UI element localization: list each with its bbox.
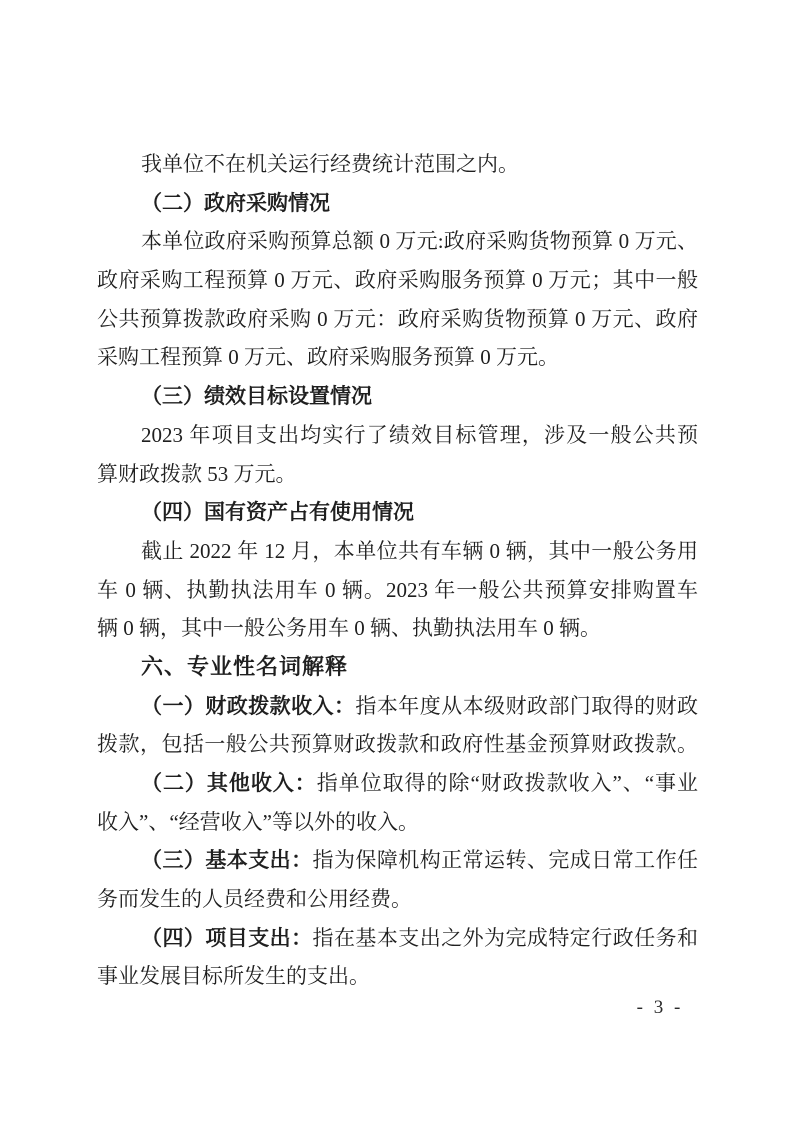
term-label: （四）项目支出： [141, 926, 313, 950]
term-label: （一）财政拨款收入： [141, 694, 355, 718]
term-label: （三）基本支出： [141, 848, 313, 872]
line-term-other-income-1: （二）其他收入：指单位取得的除“财政拨款收入”、“事业 [97, 764, 698, 803]
term-label: （二）其他收入： [141, 771, 317, 795]
line-term-project-expenditure-2: 事业发展目标所发生的支出。 [97, 957, 698, 996]
line-term-basic-expenditure-2: 务而发生的人员经费和公用经费。 [97, 880, 698, 919]
document-page: 我单位不在机关运行经费统计范围之内。（二）政府采购情况本单位政府采购预算总额 0… [0, 0, 793, 1122]
heading-government-procurement: （二）政府采购情况 [97, 184, 698, 223]
line-assets-1: 截止 2022 年 12 月，本单位共有车辆 0 辆，其中一般公务用 [97, 532, 698, 571]
line-term-fiscal-income-2: 拨款，包括一般公共预算财政拨款和政府性基金预算财政拨款。 [97, 725, 698, 764]
document-text-body: 我单位不在机关运行经费统计范围之内。（二）政府采购情况本单位政府采购预算总额 0… [97, 145, 698, 996]
page-number: - 3 - [618, 997, 702, 1019]
line-term-fiscal-income-1: （一）财政拨款收入：指本年度从本级财政部门取得的财政 [97, 687, 698, 726]
line-term-project-expenditure-1: （四）项目支出：指在基本支出之外为完成特定行政任务和 [97, 919, 698, 958]
line-performance-2: 算财政拨款 53 万元。 [97, 455, 698, 494]
line-term-basic-expenditure-1: （三）基本支出：指为保障机构正常运转、完成日常工作任 [97, 841, 698, 880]
line-org-runtime-note: 我单位不在机关运行经费统计范围之内。 [97, 145, 698, 184]
line-procurement-1: 本单位政府采购预算总额 0 万元:政府采购货物预算 0 万元、 [97, 222, 698, 261]
heading-terminology: 六、专业性名词解释 [97, 648, 698, 687]
heading-state-assets: （四）国有资产占有使用情况 [97, 493, 698, 532]
line-procurement-3: 公共预算拨款政府采购 0 万元：政府采购货物预算 0 万元、政府 [97, 300, 698, 339]
line-assets-3: 辆 0 辆，其中一般公务用车 0 辆、执勤执法用车 0 辆。 [97, 609, 698, 648]
line-assets-2: 车 0 辆、执勤执法用车 0 辆。2023 年一般公共预算安排购置车 [97, 571, 698, 610]
heading-performance-targets: （三）绩效目标设置情况 [97, 377, 698, 416]
line-procurement-2: 政府采购工程预算 0 万元、政府采购服务预算 0 万元；其中一般 [97, 261, 698, 300]
line-procurement-4: 采购工程预算 0 万元、政府采购服务预算 0 万元。 [97, 338, 698, 377]
line-term-other-income-2: 收入”、“经营收入”等以外的收入。 [97, 803, 698, 842]
line-performance-1: 2023 年项目支出均实行了绩效目标管理，涉及一般公共预 [97, 416, 698, 455]
